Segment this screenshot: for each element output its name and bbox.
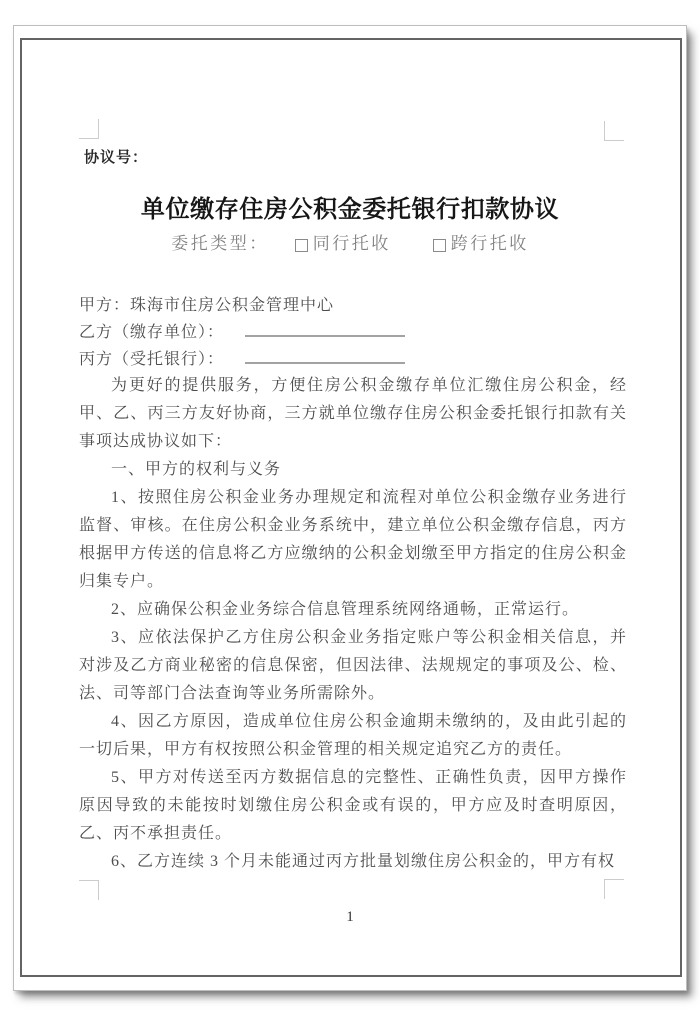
document-page: 协议号： 单位缴存住房公积金委托银行扣款协议 委托类型： 同行托收 跨行托收 甲… [13, 25, 687, 991]
clause-4: 4、因乙方原因，造成单位住房公积金逾期未缴纳的，及由此引起的一切后果，甲方有权按… [79, 708, 627, 764]
party-c-fill-line [245, 348, 405, 364]
document-title: 单位缴存住房公积金委托银行扣款协议 [14, 194, 686, 226]
delegation-option-cross-bank: 跨行托收 [433, 232, 529, 256]
text-boundary-mark-bottom-right [604, 879, 624, 899]
delegation-type-row: 委托类型： 同行托收 跨行托收 [14, 232, 686, 256]
section-heading-1: 一、甲方的权利与义务 [79, 456, 627, 484]
page-number: 1 [14, 906, 686, 928]
paragraph-intro: 为更好的提供服务，方便住房公积金缴存单位汇缴住房公积金，经甲、乙、丙三方友好协商… [79, 372, 627, 456]
clause-3: 3、应依法保护乙方住房公积金业务指定账户等公积金相关信息，并对涉及乙方商业秘密的… [79, 624, 627, 708]
clause-6: 6、乙方连续 3 个月未能通过丙方批量划缴住房公积金的，甲方有权 [79, 848, 627, 876]
delegation-option-label: 同行托收 [313, 232, 391, 256]
clause-2: 2、应确保公积金业务综合信息管理系统网络通畅，正常运行。 [79, 596, 627, 624]
party-a-text: 甲方：珠海市住房公积金管理中心 [79, 297, 334, 314]
parties-block: 甲方：珠海市住房公积金管理中心 乙方（缴存单位）： 丙方（受托银行）： [79, 292, 627, 373]
party-row-a: 甲方：珠海市住房公积金管理中心 [79, 292, 627, 319]
party-b-label: 乙方（缴存单位）： [79, 324, 224, 341]
agreement-body: 为更好的提供服务，方便住房公积金缴存单位汇缴住房公积金，经甲、乙、丙三方友好协商… [79, 372, 627, 876]
delegation-option-label: 跨行托收 [451, 232, 529, 256]
delegation-type-label: 委托类型： [171, 232, 269, 256]
checkbox-icon [433, 239, 446, 252]
text-boundary-mark-top-left [79, 119, 99, 139]
clause-1: 1、按照住房公积金业务办理规定和流程对单位公积金缴存业务进行监督、审核。在住房公… [79, 484, 627, 596]
agreement-number-label: 协议号： [84, 147, 148, 169]
checkbox-icon [295, 239, 308, 252]
party-c-label: 丙方（受托银行）： [79, 351, 224, 368]
party-row-c: 丙方（受托银行）： [79, 346, 627, 373]
text-boundary-mark-top-right [604, 121, 624, 141]
delegation-option-same-bank: 同行托收 [295, 232, 391, 256]
text-boundary-mark-bottom-left [79, 880, 99, 900]
scan-background: 协议号： 单位缴存住房公积金委托银行扣款协议 委托类型： 同行托收 跨行托收 甲… [0, 0, 700, 1020]
party-row-b: 乙方（缴存单位）： [79, 319, 627, 346]
party-b-fill-line [245, 321, 405, 337]
clause-5: 5、甲方对传送至丙方数据信息的完整性、正确性负责，因甲方操作原因导致的未能按时划… [79, 764, 627, 848]
